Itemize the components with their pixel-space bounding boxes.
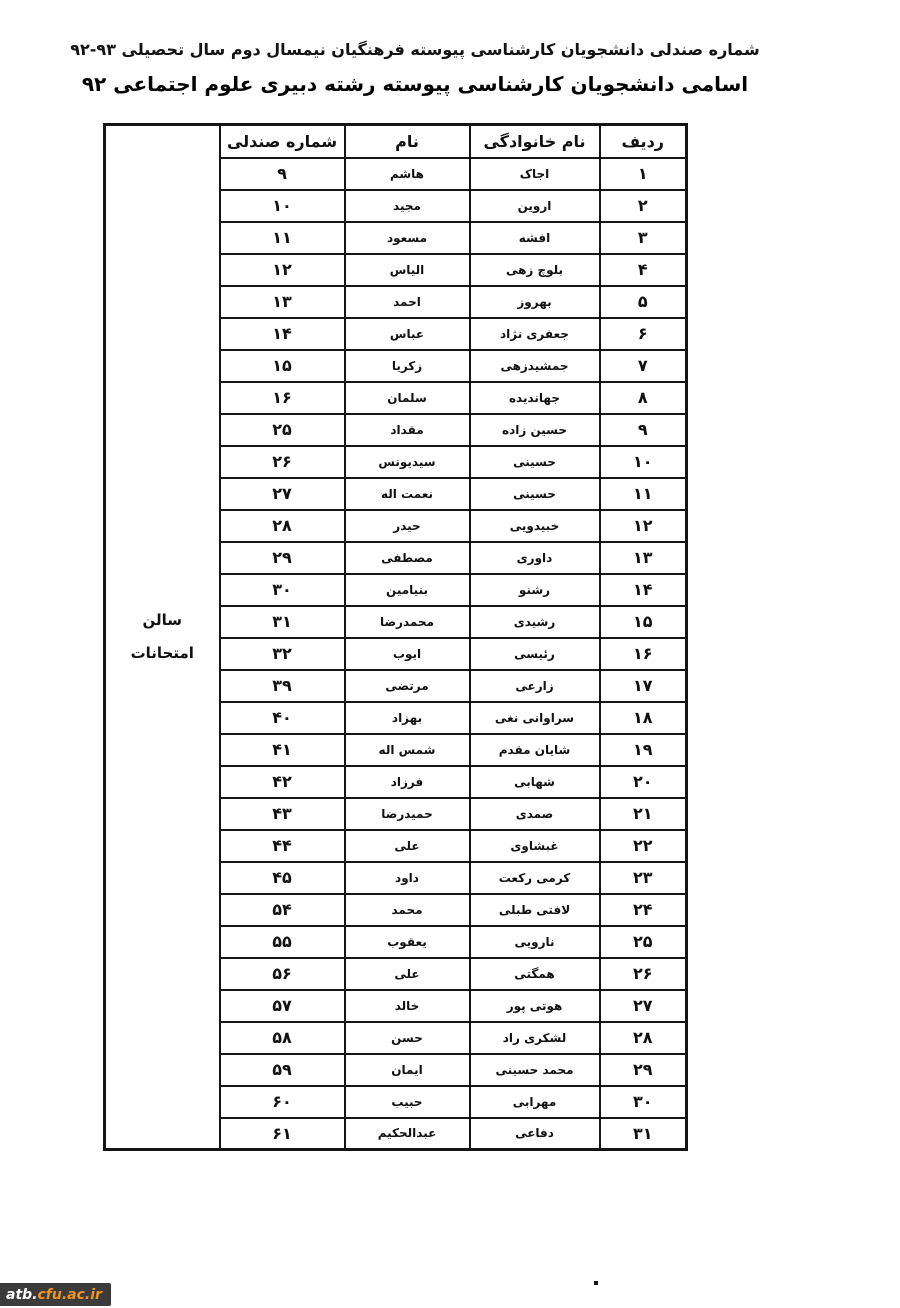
firstname-cell: فرزاد: [345, 766, 470, 798]
row-number-cell: ۳: [600, 222, 687, 254]
firstname-cell: هاشم: [345, 158, 470, 190]
row-number-cell: ۳۰: [600, 1086, 687, 1118]
header-surname: نام خانوادگی: [470, 125, 600, 158]
seat-number-cell: ۴۰: [220, 702, 345, 734]
row-number-cell: ۲۹: [600, 1054, 687, 1086]
seat-number-cell: ۱۰: [220, 190, 345, 222]
surname-cell: اروین: [470, 190, 600, 222]
firstname-cell: داود: [345, 862, 470, 894]
row-number-cell: ۳۱: [600, 1118, 687, 1150]
row-number-cell: ۱۲: [600, 510, 687, 542]
site-watermark: atb. cfu.ac.ir: [0, 1283, 111, 1306]
surname-cell: حسین زاده: [470, 414, 600, 446]
firstname-cell: نعمت اله: [345, 478, 470, 510]
seat-number-cell: ۵۷: [220, 990, 345, 1022]
exam-hall-label-line1: سالن: [106, 604, 219, 637]
row-number-cell: ۱۹: [600, 734, 687, 766]
row-number-cell: ۲۱: [600, 798, 687, 830]
table-body: ردیف نام خانوادگی نام شماره صندلی سالن ا…: [105, 125, 687, 1150]
firstname-cell: مجید: [345, 190, 470, 222]
watermark-prefix: atb.: [6, 1287, 37, 1303]
surname-cell: مهرابی: [470, 1086, 600, 1118]
firstname-cell: محمد: [345, 894, 470, 926]
row-number-cell: ۲۴: [600, 894, 687, 926]
firstname-cell: حمیدرضا: [345, 798, 470, 830]
surname-cell: افشه: [470, 222, 600, 254]
seat-number-cell: ۳۹: [220, 670, 345, 702]
row-number-cell: ۱۵: [600, 606, 687, 638]
firstname-cell: عبدالحکیم: [345, 1118, 470, 1150]
surname-cell: رشیدی: [470, 606, 600, 638]
seat-number-cell: ۵۹: [220, 1054, 345, 1086]
row-number-cell: ۶: [600, 318, 687, 350]
firstname-cell: احمد: [345, 286, 470, 318]
surname-cell: هوتی پور: [470, 990, 600, 1022]
firstname-cell: علی: [345, 958, 470, 990]
seat-number-cell: ۲۹: [220, 542, 345, 574]
row-number-cell: ۷: [600, 350, 687, 382]
seat-number-cell: ۳۰: [220, 574, 345, 606]
firstname-cell: مسعود: [345, 222, 470, 254]
firstname-cell: حسن: [345, 1022, 470, 1054]
surname-cell: جعفری نژاد: [470, 318, 600, 350]
surname-cell: جهاندیده: [470, 382, 600, 414]
row-number-cell: ۲: [600, 190, 687, 222]
seat-assignment-table: ردیف نام خانوادگی نام شماره صندلی سالن ا…: [103, 123, 688, 1151]
surname-cell: زارعی: [470, 670, 600, 702]
seat-number-cell: ۳۱: [220, 606, 345, 638]
header-seat-number: شماره صندلی: [220, 125, 345, 158]
row-number-cell: ۲۶: [600, 958, 687, 990]
firstname-cell: بهزاد: [345, 702, 470, 734]
seat-number-cell: ۹: [220, 158, 345, 190]
seat-number-cell: ۱۲: [220, 254, 345, 286]
surname-cell: حسینی: [470, 446, 600, 478]
firstname-cell: حیدر: [345, 510, 470, 542]
surname-cell: نارویی: [470, 926, 600, 958]
row-number-cell: ۲۷: [600, 990, 687, 1022]
firstname-cell: عباس: [345, 318, 470, 350]
firstname-cell: الیاس: [345, 254, 470, 286]
surname-cell: خبیدویی: [470, 510, 600, 542]
firstname-cell: ایمان: [345, 1054, 470, 1086]
seat-number-cell: ۴۲: [220, 766, 345, 798]
row-number-cell: ۴: [600, 254, 687, 286]
header-firstname: نام: [345, 125, 470, 158]
seat-number-cell: ۲۵: [220, 414, 345, 446]
seat-number-cell: ۳۲: [220, 638, 345, 670]
firstname-cell: مرتضی: [345, 670, 470, 702]
surname-cell: رشنو: [470, 574, 600, 606]
surname-cell: غبشاوی: [470, 830, 600, 862]
row-number-cell: ۲۸: [600, 1022, 687, 1054]
table-header-row: ردیف نام خانوادگی نام شماره صندلی سالن ا…: [105, 125, 687, 158]
row-number-cell: ۲۰: [600, 766, 687, 798]
surname-cell: شهابی: [470, 766, 600, 798]
header-row-number: ردیف: [600, 125, 687, 158]
row-number-cell: ۲۵: [600, 926, 687, 958]
seat-number-cell: ۴۴: [220, 830, 345, 862]
surname-cell: صمدی: [470, 798, 600, 830]
firstname-cell: علی: [345, 830, 470, 862]
seat-number-cell: ۱۵: [220, 350, 345, 382]
seat-number-cell: ۵۵: [220, 926, 345, 958]
surname-cell: محمد حسینی: [470, 1054, 600, 1086]
document-titles: شماره صندلی دانشجویان کارشناسی پیوسته فر…: [0, 40, 830, 96]
row-number-cell: ۱۷: [600, 670, 687, 702]
watermark-domain: cfu.ac.ir: [37, 1287, 101, 1303]
seat-number-cell: ۱۳: [220, 286, 345, 318]
document-title-line1: شماره صندلی دانشجویان کارشناسی پیوسته فر…: [0, 40, 830, 59]
surname-cell: جمشیدزهی: [470, 350, 600, 382]
seat-number-cell: ۱۴: [220, 318, 345, 350]
row-number-cell: ۲۲: [600, 830, 687, 862]
seat-number-cell: ۶۰: [220, 1086, 345, 1118]
firstname-cell: شمس اله: [345, 734, 470, 766]
row-number-cell: ۱۱: [600, 478, 687, 510]
surname-cell: داوری: [470, 542, 600, 574]
firstname-cell: مصطفی: [345, 542, 470, 574]
seat-number-cell: ۲۶: [220, 446, 345, 478]
exam-hall-cell: سالن امتحانات: [105, 125, 220, 1150]
surname-cell: لافتی طبلی: [470, 894, 600, 926]
row-number-cell: ۹: [600, 414, 687, 446]
firstname-cell: ایوب: [345, 638, 470, 670]
surname-cell: همگتی: [470, 958, 600, 990]
surname-cell: حسینی: [470, 478, 600, 510]
surname-cell: اجاک: [470, 158, 600, 190]
firstname-cell: یعقوب: [345, 926, 470, 958]
seat-number-cell: ۴۵: [220, 862, 345, 894]
seat-number-cell: ۲۸: [220, 510, 345, 542]
seat-number-cell: ۴۱: [220, 734, 345, 766]
row-number-cell: ۱۶: [600, 638, 687, 670]
row-number-cell: ۱۰: [600, 446, 687, 478]
seat-number-cell: ۱۱: [220, 222, 345, 254]
seat-number-cell: ۵۸: [220, 1022, 345, 1054]
seat-number-cell: ۲۷: [220, 478, 345, 510]
surname-cell: سراوانی نغی: [470, 702, 600, 734]
firstname-cell: بنیامین: [345, 574, 470, 606]
row-number-cell: ۵: [600, 286, 687, 318]
surname-cell: دفاعی: [470, 1118, 600, 1150]
document-title-line2: اسامی دانشجویان کارشناسی پیوسته رشته دبی…: [0, 72, 830, 96]
seat-number-cell: ۵۴: [220, 894, 345, 926]
surname-cell: کرمی رکعت: [470, 862, 600, 894]
firstname-cell: حبیب: [345, 1086, 470, 1118]
surname-cell: بلوچ زهی: [470, 254, 600, 286]
seat-number-cell: ۱۶: [220, 382, 345, 414]
exam-hall-label-line2: امتحانات: [106, 637, 219, 670]
surname-cell: رئیسی: [470, 638, 600, 670]
row-number-cell: ۱۸: [600, 702, 687, 734]
surname-cell: بهروز: [470, 286, 600, 318]
row-number-cell: ۱۴: [600, 574, 687, 606]
firstname-cell: خالد: [345, 990, 470, 1022]
row-number-cell: ۱۳: [600, 542, 687, 574]
scan-artifact-dot: [594, 1281, 598, 1285]
seat-number-cell: ۵۶: [220, 958, 345, 990]
surname-cell: لشکری راد: [470, 1022, 600, 1054]
firstname-cell: مقداد: [345, 414, 470, 446]
firstname-cell: محمدرضا: [345, 606, 470, 638]
surname-cell: شایان مقدم: [470, 734, 600, 766]
seat-number-cell: ۶۱: [220, 1118, 345, 1150]
firstname-cell: زکریا: [345, 350, 470, 382]
firstname-cell: سلمان: [345, 382, 470, 414]
row-number-cell: ۱: [600, 158, 687, 190]
seat-number-cell: ۴۳: [220, 798, 345, 830]
row-number-cell: ۸: [600, 382, 687, 414]
firstname-cell: سیدیونس: [345, 446, 470, 478]
row-number-cell: ۲۳: [600, 862, 687, 894]
